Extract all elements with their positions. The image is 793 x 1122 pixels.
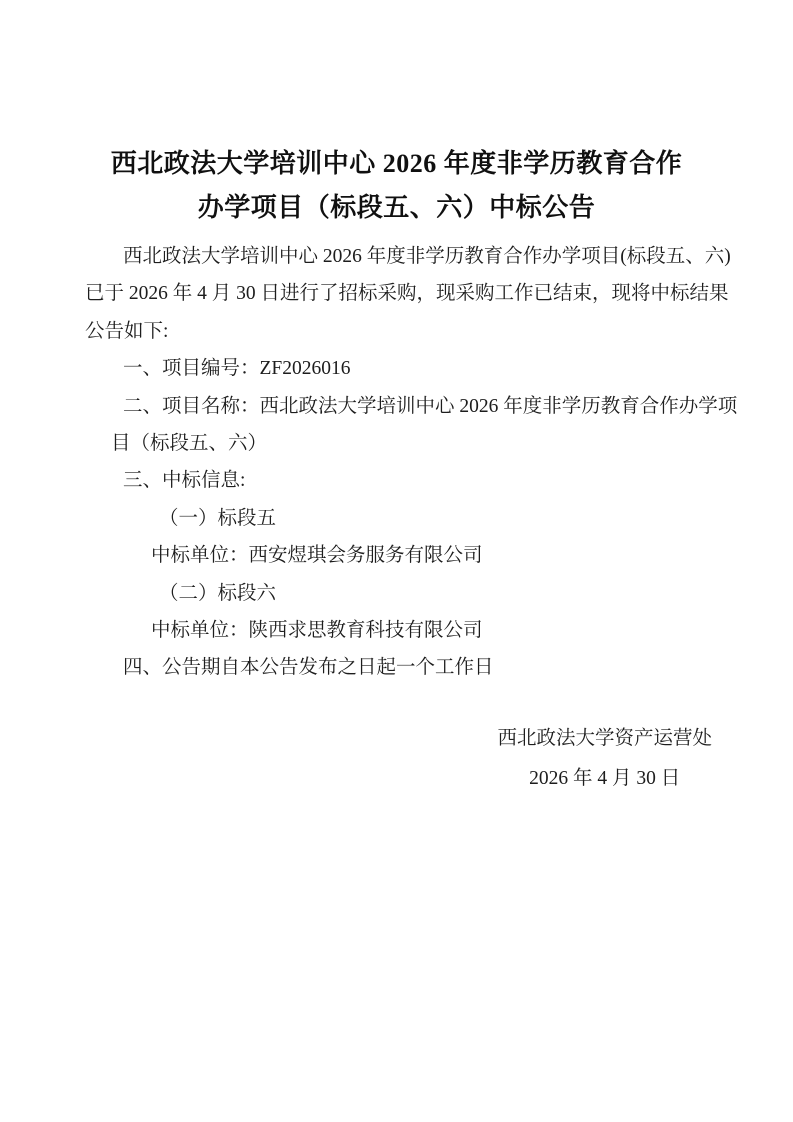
signature-inner: 西北政法大学资产运营处 2026 年 4 月 30 日 [497,719,712,799]
signature-block: 西北政法大学资产运营处 2026 年 4 月 30 日 [85,719,715,799]
sub-item-lot-6: （二）标段六 [85,575,715,612]
winner-lot-5: 中标单位：西安煜琪会务服务有限公司 [85,537,715,574]
document-page: 西北政法大学培训中心 2026 年度非学历教育合作 办学项目（标段五、六）中标公… [0,0,793,1122]
item-2-project-name-wrap: 目（标段五、六） [85,425,715,462]
item-1-project-number: 一、项目编号：ZF2026016 [85,350,715,387]
title-line-2: 办学项目（标段五、六）中标公告 [0,186,793,230]
item-2-project-name: 二、项目名称：西北政法大学培训中心 2026 年度非学历教育合作办学项 [85,388,715,425]
title-line-1: 西北政法大学培训中心 2026 年度非学历教育合作 [0,142,793,186]
winner-lot-6: 中标单位：陕西求思教育科技有限公司 [85,612,715,649]
document-body: 西北政法大学培训中心 2026 年度非学历教育合作办学项目(标段五、六) 已于 … [85,238,715,799]
intro-paragraph-line-1: 西北政法大学培训中心 2026 年度非学历教育合作办学项目(标段五、六) [85,238,715,275]
sub-item-lot-5: （一）标段五 [85,500,715,537]
item-4-announcement-period: 四、公告期自本公告发布之日起一个工作日 [85,649,715,686]
signature-date: 2026 年 4 月 30 日 [497,759,712,799]
signature-org: 西北政法大学资产运营处 [497,719,712,759]
intro-paragraph-line-2: 已于 2026 年 4 月 30 日进行了招标采购，现采购工作已结束，现将中标结… [85,275,715,312]
intro-paragraph-line-3: 公告如下: [85,313,715,350]
document-title: 西北政法大学培训中心 2026 年度非学历教育合作 办学项目（标段五、六）中标公… [0,142,793,230]
item-3-award-info: 三、中标信息: [85,462,715,499]
